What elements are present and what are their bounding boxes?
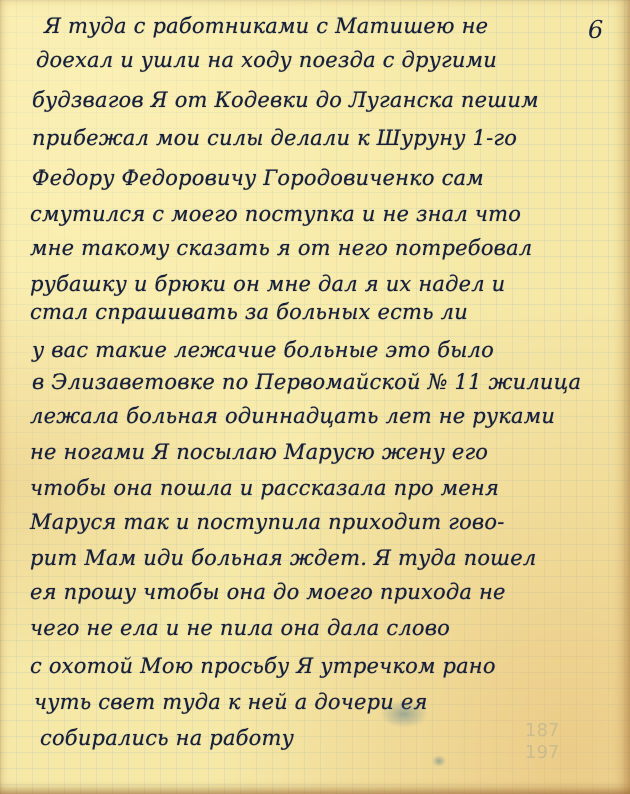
page-number: 6 <box>588 16 603 44</box>
handwritten-line-3: будзвагов Я от Кодевки до Луганска пешим <box>32 88 539 112</box>
handwritten-line-19: с охотой Мою просьбу Я утречком рано <box>30 654 496 678</box>
handwritten-line-12: лежала больная одиннадцать лет не руками <box>30 404 555 428</box>
handwritten-line-21: собирались на работу <box>40 726 294 750</box>
handwritten-line-2: доехал и ушли на ходу поезда с другими <box>36 48 497 72</box>
handwritten-line-6: смутился с моего поступка и не знал что <box>30 202 521 226</box>
handwritten-line-15: Маруся так и поступила приходит гово- <box>30 510 505 534</box>
ink-blot-small <box>432 755 446 767</box>
bleedthrough-notes: 187 197 <box>525 720 559 764</box>
handwritten-line-14: чтобы она пошла и рассказала про меня <box>30 476 499 500</box>
bleedthrough-note-1: 187 <box>525 720 559 742</box>
handwritten-line-1: Я туда с работниками с Матишею не <box>44 14 488 38</box>
handwritten-line-4: прибежал мои силы делали к Шуруну 1-го <box>32 126 517 150</box>
handwritten-line-7: мне такому сказать я от него потребовал <box>30 236 532 260</box>
handwritten-line-18: чего не ела и не пила она дала слово <box>30 616 450 640</box>
handwritten-line-8: рубашку и брюки он мне дал я их надел и <box>30 272 505 296</box>
notebook-page: 6 Я туда с работниками с Матишею не доех… <box>0 0 630 794</box>
handwritten-line-13: не ногами Я посылаю Марусю жену его <box>30 440 488 464</box>
handwritten-line-17: ея прошу чтобы она до моего прихода не <box>30 580 506 604</box>
handwritten-line-16: рит Мам иди больная ждет. Я туда пошел <box>30 546 536 570</box>
handwritten-line-9: стал спрашивать за больных есть ли <box>30 300 468 324</box>
handwritten-line-11: в Элизаветовке по Первомайской № 11 жили… <box>32 370 581 394</box>
handwritten-line-20: чуть свет туда к ней а дочери ея <box>34 690 428 714</box>
bleedthrough-note-2: 197 <box>525 742 559 764</box>
ink-blot <box>380 700 428 728</box>
handwritten-line-5: Федору Федоровичу Городовиченко сам <box>32 166 484 190</box>
handwritten-line-10: у вас такие лежачие больные это было <box>32 338 494 362</box>
